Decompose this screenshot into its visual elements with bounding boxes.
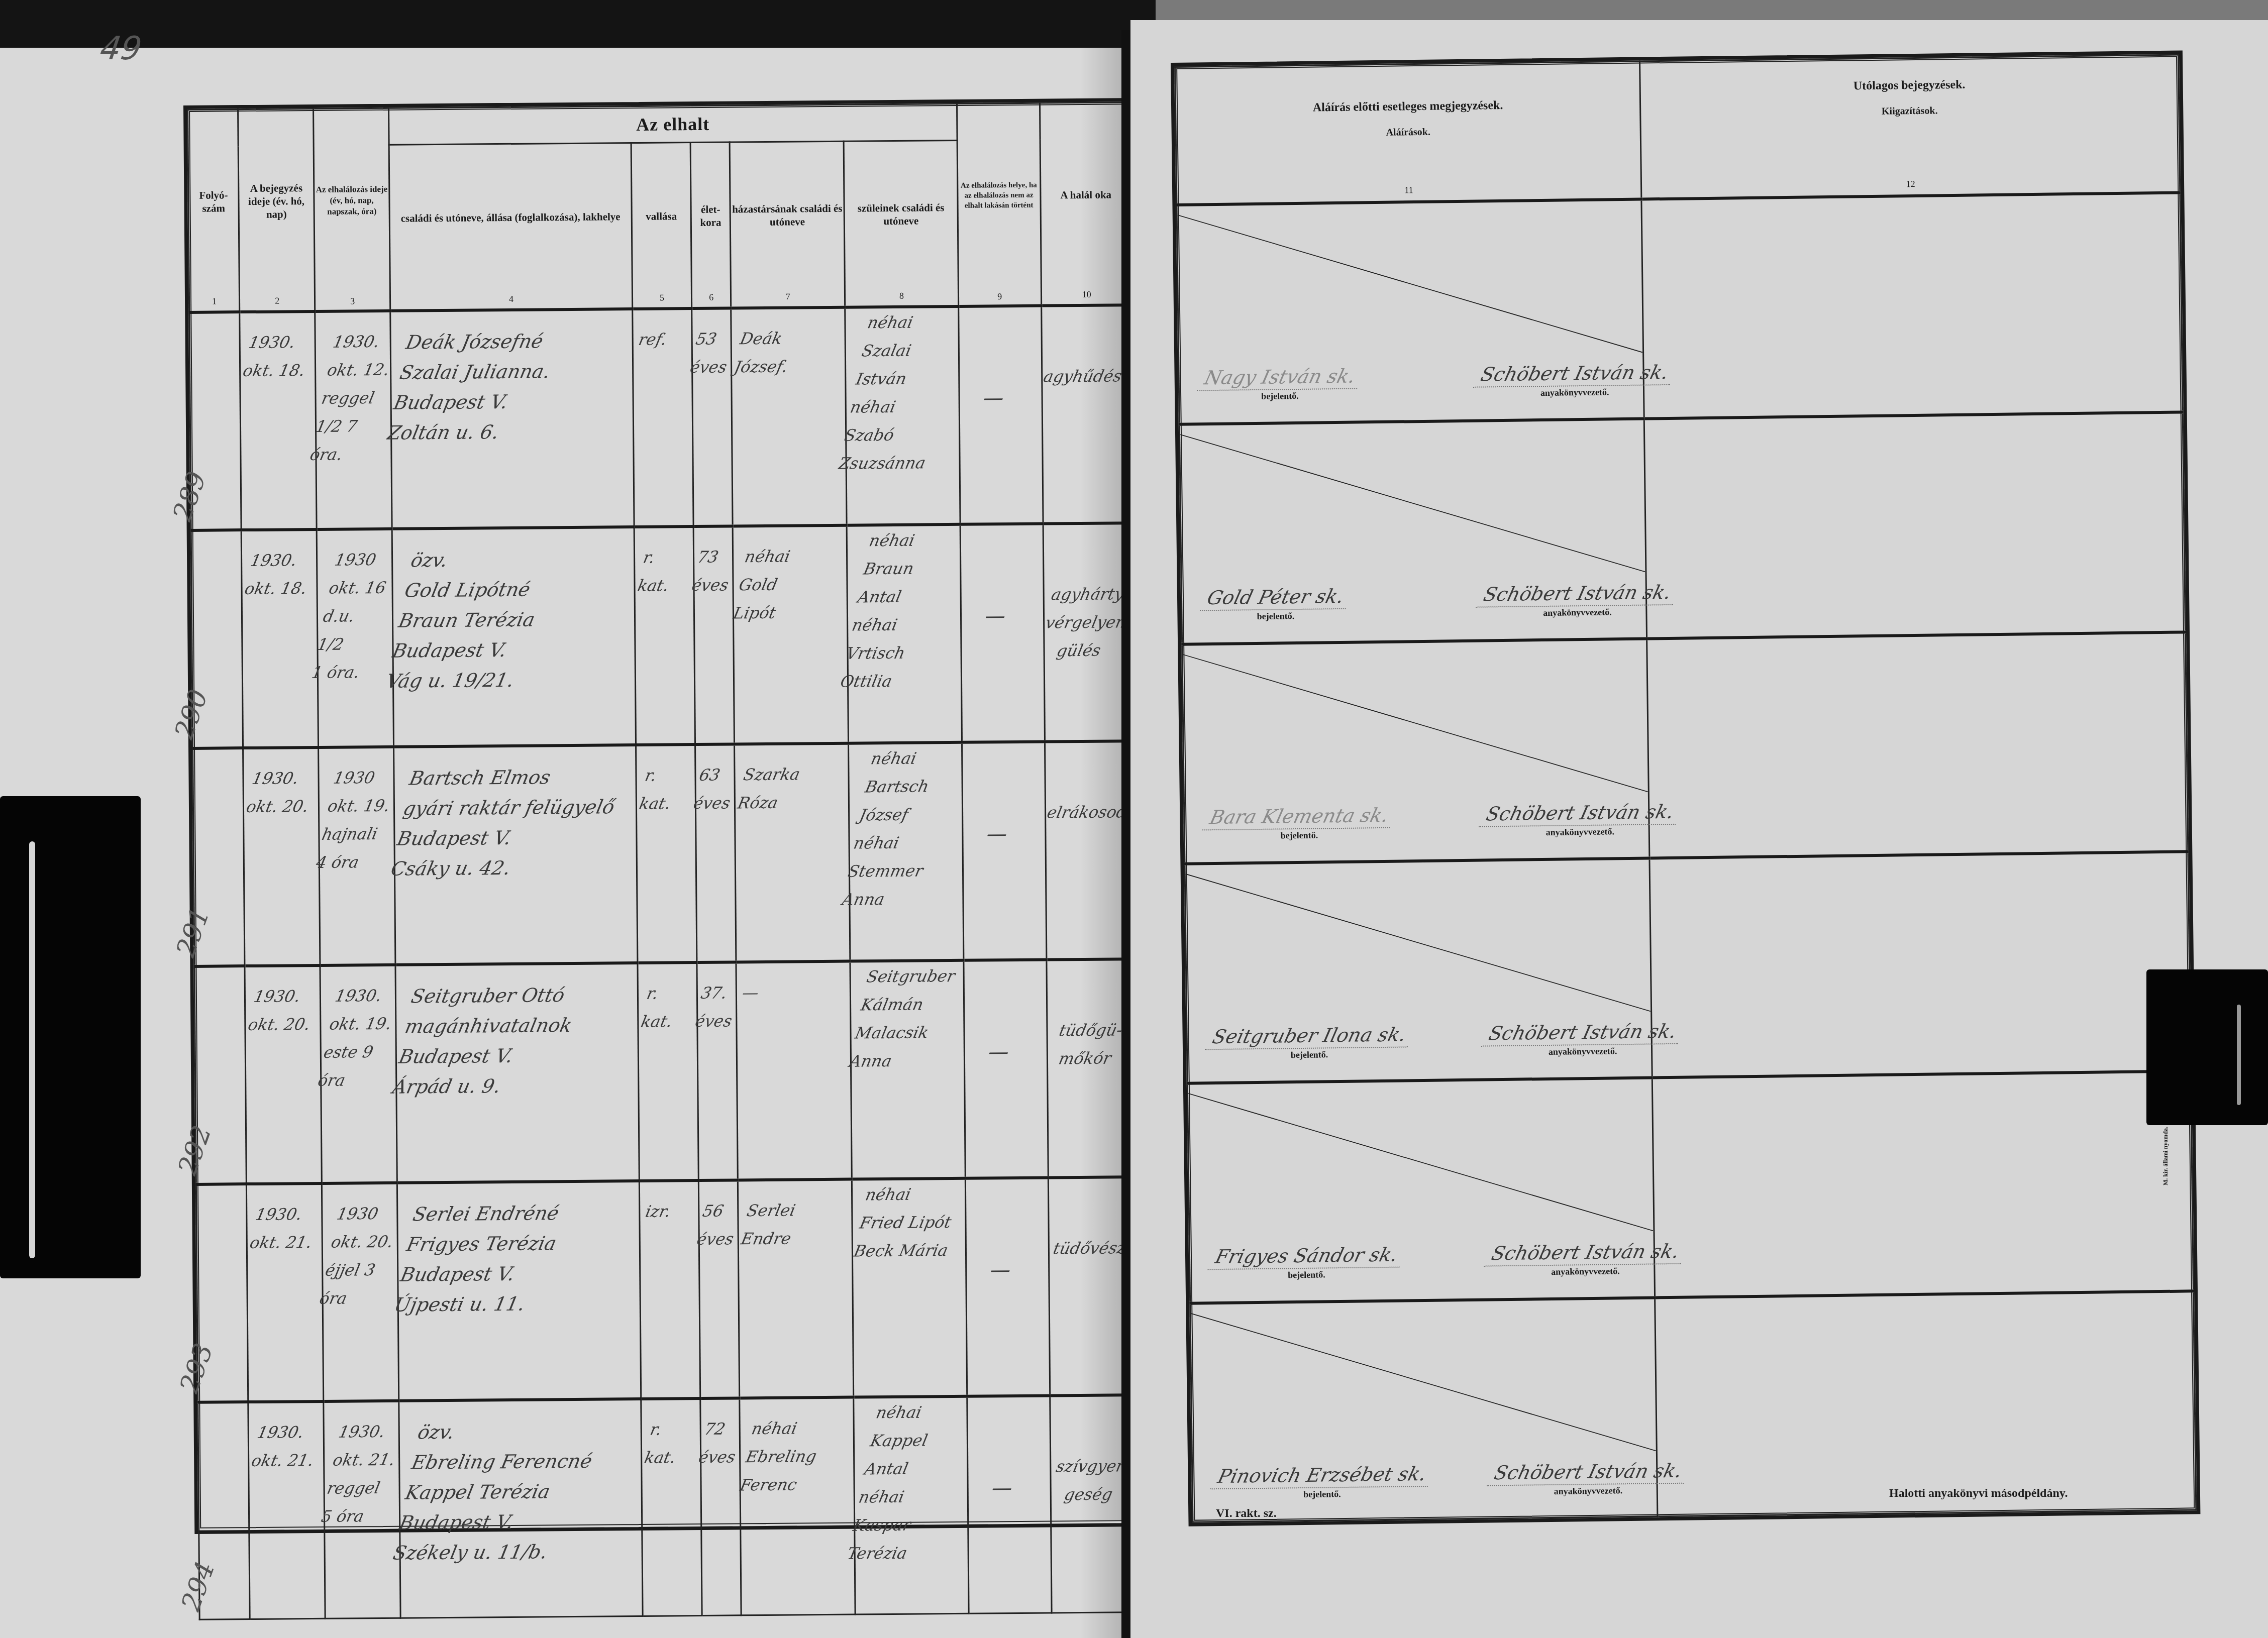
death-time-cell: 1930. okt. 21. reggel 5 óra (324, 1401, 400, 1619)
registered-cell: 1930. okt. 20. (243, 747, 320, 966)
signature-row: Seitgruber Ilona sk. bejelentő. Schöbert… (1185, 851, 2191, 1083)
religion-cell: r. kat. (637, 962, 698, 1181)
signature-row: Nagy István sk. bejelentő. Schöbert Istv… (1177, 192, 2183, 424)
death-time-cell: 1930 okt. 20. éjjel 3 óra (322, 1183, 398, 1401)
binding-clip-left (0, 796, 141, 1278)
spouse-cell: Serlei Endre (738, 1179, 854, 1398)
place-of-death-cell: — (967, 1396, 1051, 1614)
deceased-cell: Deák Józsefné Szalai Julianna. Budapest … (390, 309, 634, 529)
serial-cell: 290 (191, 530, 243, 748)
registered-cell: 1930. okt. 21. (248, 1401, 325, 1619)
later-entries-cell (1655, 1291, 2196, 1516)
register-entry-row: 289 1930. okt. 18. 1930. okt. 12. reggel… (189, 305, 1134, 530)
deceased-cell: Seitgruber Ottó magánhivatalnok Budapest… (395, 963, 639, 1183)
deceased-cell: Serlei Endréné Frigyes Terézia Budapest … (397, 1181, 641, 1401)
serial-cell: 293 (196, 1184, 248, 1402)
binding-clip-right (2146, 969, 2268, 1125)
col-header-later-entries: Utólagos bejegyzések. Kiigazítások. 12 (1640, 55, 2180, 199)
col-header-deceased: családi és utóneve, állása (foglalkozása… (389, 143, 632, 311)
register-number-label: VI. rakt. sz. (1216, 1507, 1277, 1520)
spouse-cell: néhai Gold Lipót (733, 525, 849, 744)
col-header-registered: A bejegyzés ideje (év. hó, nap)2 (238, 108, 315, 312)
death-register-table: Folyó-szám1 A bejegyzés ideje (év. hó, n… (183, 98, 1146, 1534)
col-header-religion: vallása5 (631, 143, 692, 309)
signature-row: Bara Klementa sk. bejelentő. Schöbert Is… (1182, 632, 2188, 864)
folio-number: 49 (98, 30, 144, 67)
spouse-cell: néhai Ebreling Ferenc (740, 1397, 856, 1615)
place-of-death-cell: — (965, 1178, 1050, 1396)
death-time-cell: 1930. okt. 19. este 9 óra (320, 965, 397, 1183)
col-header-remarks: Aláírás előtti esetleges megjegyzések. A… (1175, 61, 1641, 205)
parents-cell: néhai Szalai István néhai Szabó Zsuzsánn… (845, 306, 960, 525)
section-title: Az elhalt (389, 103, 957, 145)
spouse-cell: Szarka Róza (734, 743, 850, 962)
religion-cell: r. kat. (636, 744, 697, 963)
religion-cell: r. kat. (641, 1398, 702, 1616)
register-entry-row: 292 1930. okt. 20. 1930. okt. 19. este 9… (194, 959, 1139, 1184)
scanner-background-right (1156, 0, 2268, 20)
serial-cell: 289 (189, 312, 241, 530)
serial-cell: 294 (198, 1402, 250, 1619)
deceased-cell: Bartsch Elmos gyári raktár felügyelő Bud… (394, 745, 638, 965)
religion-cell: r. kat. (634, 526, 695, 745)
signature-row: Gold Péter sk. bejelentő. Schöbert Istvá… (1179, 412, 2185, 644)
declarant-signature: Frigyes Sándor sk. bejelentő. (1210, 1243, 1403, 1281)
place-of-death-cell: — (963, 960, 1048, 1178)
death-time-cell: 1930 okt. 16 d.u. 1/2 1 óra. (317, 529, 393, 747)
remarks-cell: Pinovich Erzsébet sk. bejelentő. Schöber… (1190, 1297, 1658, 1522)
parents-cell: néhai Kappel Antal néhai Kaspar Terézia (854, 1396, 969, 1614)
register-entry-row: 291 1930. okt. 20. 1930 okt. 19. hajnali… (193, 741, 1138, 966)
place-of-death-cell: — (958, 306, 1043, 524)
declarant-signature: Nagy István sk. bejelentő. (1199, 365, 1360, 403)
signature-table: Aláírás előtti esetleges megjegyzések. A… (1171, 50, 2200, 1526)
col-header-death-time: Az elhalálozás ideje (év, hó, nap, napsz… (314, 108, 390, 311)
place-of-death-cell: — (962, 742, 1046, 960)
parents-cell: néhai Braun Antal néhai Vrtisch Ottilia (847, 524, 962, 743)
serial-cell: 292 (194, 966, 246, 1184)
death-time-cell: 1930. okt. 12. reggel 1/2 7 óra. (315, 311, 392, 529)
remarks-cell: Bara Klementa sk. bejelentő. Schöbert Is… (1182, 638, 1650, 864)
declarant-signature: Seitgruber Ilona sk. bejelentő. (1207, 1024, 1411, 1062)
declarant-signature: Bara Klementa sk. bejelentő. (1205, 804, 1393, 842)
col-header-spouse: házastársának családi és utóneve7 (730, 141, 845, 308)
printer-imprint: M. kir. állami nyomda. Bp. (2162, 1116, 2170, 1185)
signature-row: Frigyes Sándor sk. bejelentő. Schöbert I… (1187, 1071, 2193, 1303)
later-entries-cell (1652, 1071, 2193, 1297)
later-entries-cell (1650, 851, 2191, 1077)
age-cell: 53 éves (692, 308, 733, 526)
col-header-place-of-death: Az elhalálozás helye, ha az elhalálozás … (957, 103, 1041, 306)
col-header-age: élet-kora6 (690, 142, 731, 308)
remarks-cell: Nagy István sk. bejelentő. Schöbert Istv… (1177, 199, 1644, 425)
registered-cell: 1930. okt. 18. (240, 311, 317, 530)
declarant-signature: Pinovich Erzsébet sk. bejelentő. (1213, 1463, 1431, 1501)
col-header-parents: szüleinek családi és utóneve8 (844, 140, 959, 307)
registered-cell: 1930. okt. 20. (245, 965, 322, 1184)
remarks-cell: Frigyes Sándor sk. bejelentő. Schöbert I… (1187, 1078, 1655, 1303)
death-time-cell: 1930 okt. 19. hajnali 4 óra (319, 747, 395, 965)
col-header-serial: Folyó-szám1 (188, 110, 240, 312)
later-entries-cell (1641, 192, 2183, 418)
later-entries-cell (1644, 412, 2185, 638)
register-entry-row: 290 1930. okt. 18. 1930 okt. 16 d.u. 1/2… (191, 523, 1136, 748)
registered-cell: 1930. okt. 18. (241, 529, 318, 748)
copy-label: Halotti anyakönyvi másodpéldány. (1889, 1487, 2068, 1500)
spouse-cell: Deák József. (731, 307, 847, 526)
cause-cell: agyhűdés (1041, 305, 1134, 523)
register-entry-row: 294 1930. okt. 21. 1930. okt. 21. reggel… (198, 1395, 1143, 1619)
religion-cell: ref. (632, 308, 693, 527)
declarant-signature: Gold Péter sk. bejelentő. (1202, 585, 1349, 622)
remarks-cell: Gold Péter sk. bejelentő. Schöbert Istvá… (1179, 419, 1646, 644)
serial-cell: 291 (193, 748, 245, 966)
parents-cell: Seitgruber Kálmán Malacsik Anna (850, 960, 965, 1179)
spouse-cell: — (736, 961, 852, 1180)
age-cell: 56 éves (699, 1180, 740, 1398)
deceased-cell: özv. Ebreling Ferencné Kappel Terézia Bu… (399, 1399, 643, 1618)
deceased-cell: özv. Gold Lipótné Braun Terézia Budapest… (392, 527, 636, 747)
age-cell: 37. éves (697, 962, 738, 1180)
col-header-cause: A halál oka10 (1040, 102, 1132, 306)
registered-cell: 1930. okt. 21. (246, 1183, 323, 1402)
parents-cell: néhai Fried Lipót Beck Mária (852, 1178, 967, 1397)
register-entry-row: 293 1930. okt. 21. 1930 okt. 20. éjjel 3… (196, 1177, 1141, 1402)
place-of-death-cell: — (960, 524, 1045, 742)
remarks-cell: Seitgruber Ilona sk. bejelentő. Schöbert… (1185, 858, 1652, 1083)
age-cell: 72 éves (700, 1398, 741, 1615)
religion-cell: izr. (639, 1180, 700, 1399)
parents-cell: néhai Bartsch József néhai Stemmer Anna (849, 742, 964, 961)
age-cell: 63 éves (695, 744, 736, 962)
age-cell: 73 éves (693, 526, 734, 744)
later-entries-cell (1647, 632, 2188, 858)
